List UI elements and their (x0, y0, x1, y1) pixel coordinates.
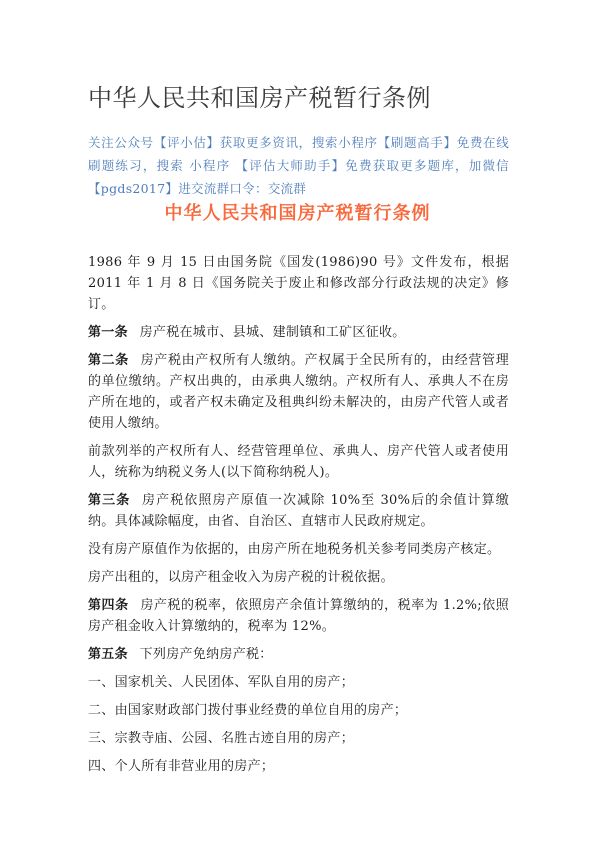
article-number-label: 第四条 (88, 598, 129, 613)
body-paragraph: 第三条房产税依照房产原值一次减除 10%至 30%后的余值计算缴纳。具体减除幅度… (88, 490, 509, 532)
body-paragraph: 第一条房产税在城市、县城、建制镇和工矿区征收。 (88, 322, 509, 343)
body-paragraph: 1986 年 9 月 15 日由国务院《国发(1986)90 号》文件发布，根据… (88, 252, 509, 315)
article-number-label: 第二条 (88, 353, 129, 368)
document-main-title: 中华人民共和国房产税暂行条例 (88, 83, 518, 113)
body-paragraph: 第二条房产税由产权所有人缴纳。产权属于全民所有的，由经营管理的单位缴纳。产权出典… (88, 350, 509, 434)
article-number-label: 第三条 (88, 493, 130, 508)
article-number-label: 第一条 (88, 325, 128, 340)
promo-notice-text: 关注公众号【评小估】获取更多资讯，搜索小程序【刷题高手】免费在线刷题练习，搜索 … (88, 131, 509, 200)
document-page: 中华人民共和国房产税暂行条例 关注公众号【评小估】获取更多资讯，搜索小程序【刷题… (0, 0, 595, 841)
body-paragraph: 没有房产原值作为依据的，由房产所在地税务机关参考同类房产核定。 (88, 539, 509, 560)
body-paragraph: 第四条房产税的税率，依照房产余值计算缴纳的，税率为 1.2%;依照房产租金收入计… (88, 595, 509, 637)
body-paragraph: 第五条下列房产免纳房产税： (88, 644, 509, 665)
body-paragraph: 前款列举的产权所有人、经营管理单位、承典人、房产代管人或者使用人，统称为纳税义务… (88, 441, 509, 483)
body-paragraph: 房产出租的，以房产租金收入为房产税的计税依据。 (88, 567, 509, 588)
exemption-list-item: 三、宗教寺庙、公园、名胜古迹自用的房产； (88, 728, 509, 749)
exemption-list-item: 一、国家机关、人民团体、军队自用的房产； (88, 672, 509, 693)
document-body: 1986 年 9 月 15 日由国务院《国发(1986)90 号》文件发布，根据… (88, 252, 509, 784)
exemption-list-item: 四、个人所有非营业用的房产； (88, 756, 509, 777)
regulation-section-title: 中华人民共和国房产税暂行条例 (0, 203, 595, 225)
article-number-label: 第五条 (88, 647, 128, 662)
exemption-list-item: 二、由国家财政部门拨付事业经费的单位自用的房产； (88, 700, 509, 721)
